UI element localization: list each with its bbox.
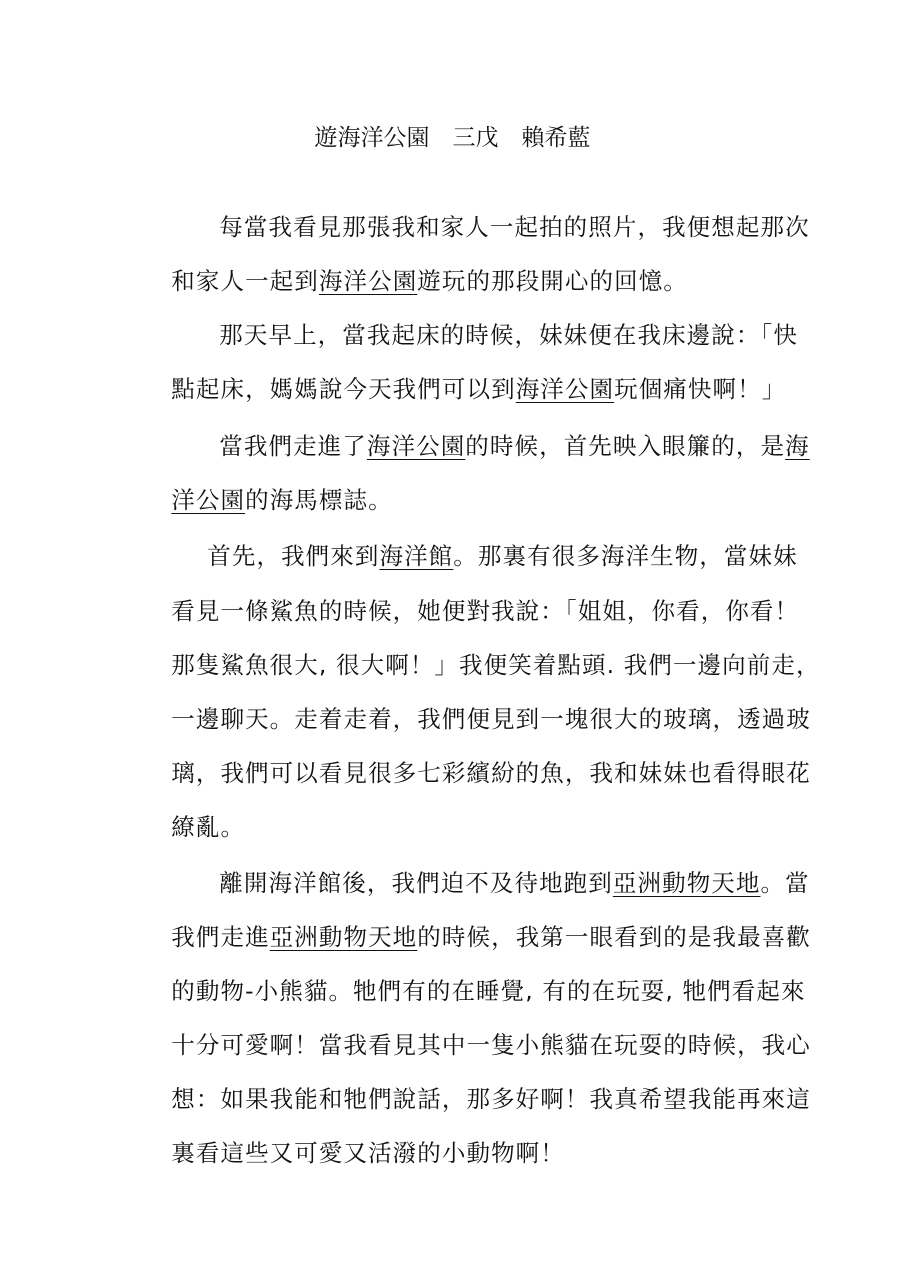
document-title: 遊海洋公園 三戊 賴希藍 xyxy=(0,122,905,154)
text-run: 璃，我們可以看見很多七彩繽紛的魚，我和妹妹也看得眼花 xyxy=(171,759,811,787)
paragraph-5-line-6: 裏看這些又可愛又活潑的小動物啊！ xyxy=(137,1105,565,1201)
text-run: 的時候，首先映入眼簾的，是 xyxy=(465,432,785,460)
text-run: 裏看這些又可愛又活潑的小動物啊！ xyxy=(171,1139,565,1167)
underlined-place-name: 海 xyxy=(785,432,810,460)
document-page: 遊海洋公園 三戊 賴希藍 每當我看見那張我和家人一起拍的照片，我便想起那次 和家… xyxy=(0,0,905,1280)
